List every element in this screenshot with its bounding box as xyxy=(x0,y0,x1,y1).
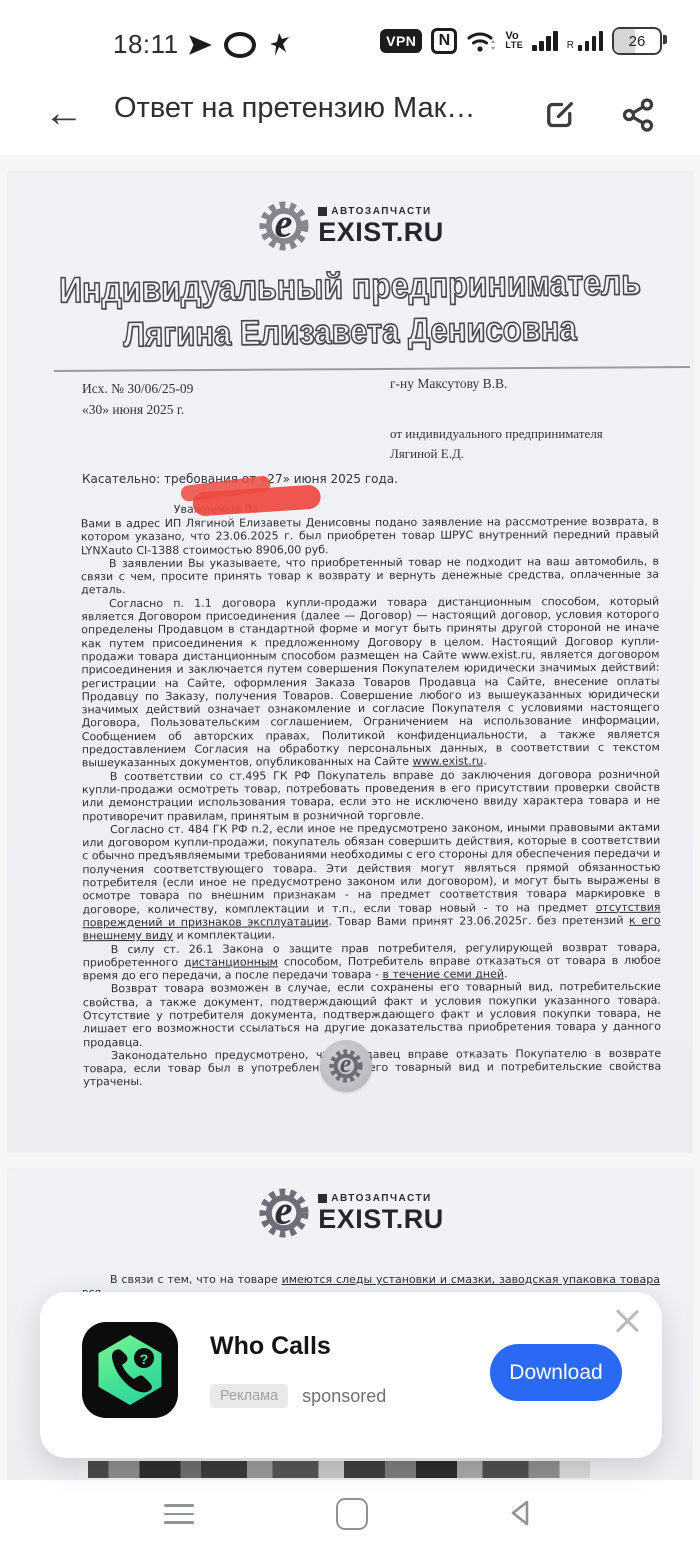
gear-icon: e xyxy=(256,1185,312,1241)
back-nav-button[interactable] xyxy=(505,1497,537,1529)
battery-icon: 26 xyxy=(612,27,662,55)
bird-icon xyxy=(267,32,291,58)
clock: 18:11 xyxy=(113,29,179,60)
letterhead-line1: Индивидуальный предприниматель xyxy=(8,261,692,312)
letterhead-rule xyxy=(54,366,690,372)
nfc-icon: N xyxy=(431,28,457,54)
gear-icon: e xyxy=(256,198,312,254)
logo-tagline: АВТОЗАПЧАСТИ xyxy=(331,1194,432,1204)
telegram-icon xyxy=(187,32,213,58)
whocalls-app-icon[interactable]: ? xyxy=(82,1322,178,1418)
signal-icon-sim1 xyxy=(532,31,558,51)
status-bar: 18:11 VPN N Vo LTE R xyxy=(0,0,700,75)
opera-icon xyxy=(224,32,256,58)
phone-question-icon: ? xyxy=(82,1322,178,1418)
ref-date: «30» июня 2025 г. xyxy=(82,399,193,420)
document-page-1: e АВТОЗАПЧАСТИ EXIST.RU Индивидуальный п… xyxy=(8,172,692,1152)
phone-screen: 18:11 VPN N Vo LTE R xyxy=(0,0,700,1556)
sponsored-label: sponsored xyxy=(302,1386,386,1407)
sender-line2: Лягиной Е.Д. xyxy=(390,444,603,464)
volte-icon: Vo LTE xyxy=(505,32,523,50)
document-title: Ответ на претензию Мак… xyxy=(114,92,475,125)
ad-banner: ? Who Calls Реклама sponsored Download xyxy=(40,1292,662,1458)
share-icon[interactable] xyxy=(620,97,656,133)
vpn-icon: VPN xyxy=(380,29,422,53)
system-icons: VPN N Vo LTE R 26 xyxy=(380,27,662,55)
app-header: ← Ответ на претензию Мак… xyxy=(0,75,700,155)
recents-button[interactable] xyxy=(164,1504,194,1530)
photo-strip xyxy=(78,1461,590,1478)
logo-tagline: АВТОЗАПЧАСТИ xyxy=(331,207,432,217)
recipient: г-ну Максутову В.В. xyxy=(390,376,507,392)
notification-icons xyxy=(187,32,291,58)
letterhead-line2: Лягина Елизавета Денисовна xyxy=(8,307,692,357)
back-button[interactable]: ← xyxy=(44,83,84,143)
sender-block: от индивидуального предпринимателя Лягин… xyxy=(390,424,603,464)
signal-icon-sim2: R xyxy=(567,31,603,51)
ref-block: Исх. № 30/06/25-09 «30» июня 2025 г. xyxy=(82,378,193,420)
sender-line1: от индивидуального предпринимателя xyxy=(390,424,603,444)
edit-icon[interactable] xyxy=(542,97,578,133)
company-stamp: e xyxy=(320,1040,372,1092)
exist-logo: e АВТОЗАПЧАСТИ EXIST.RU xyxy=(8,1185,692,1241)
ref-number: Исх. № 30/06/25-09 xyxy=(82,378,193,399)
logo-brand: EXIST.RU xyxy=(318,219,444,246)
exist-logo: e АВТОЗАПЧАСТИ EXIST.RU xyxy=(8,198,692,254)
logo-square xyxy=(318,207,327,216)
close-icon[interactable] xyxy=(614,1306,640,1332)
letter-paragraphs: Вами в адрес ИП Лягиной Елизаветы Денисо… xyxy=(81,515,661,1089)
ad-app-title: Who Calls xyxy=(210,1332,331,1361)
download-button[interactable]: Download xyxy=(490,1344,622,1401)
wifi-icon xyxy=(466,28,496,54)
logo-brand: EXIST.RU xyxy=(318,1206,444,1233)
letter-body: Уважаемый Ва Вами в адрес ИП Лягиной Ели… xyxy=(81,501,662,1089)
svg-text:?: ? xyxy=(140,1351,149,1367)
navigation-bar xyxy=(0,1480,700,1556)
document-viewer[interactable]: e АВТОЗАПЧАСТИ EXIST.RU Индивидуальный п… xyxy=(0,155,700,1480)
ad-label-badge: Реклама xyxy=(210,1384,288,1408)
home-button[interactable] xyxy=(336,1498,368,1530)
